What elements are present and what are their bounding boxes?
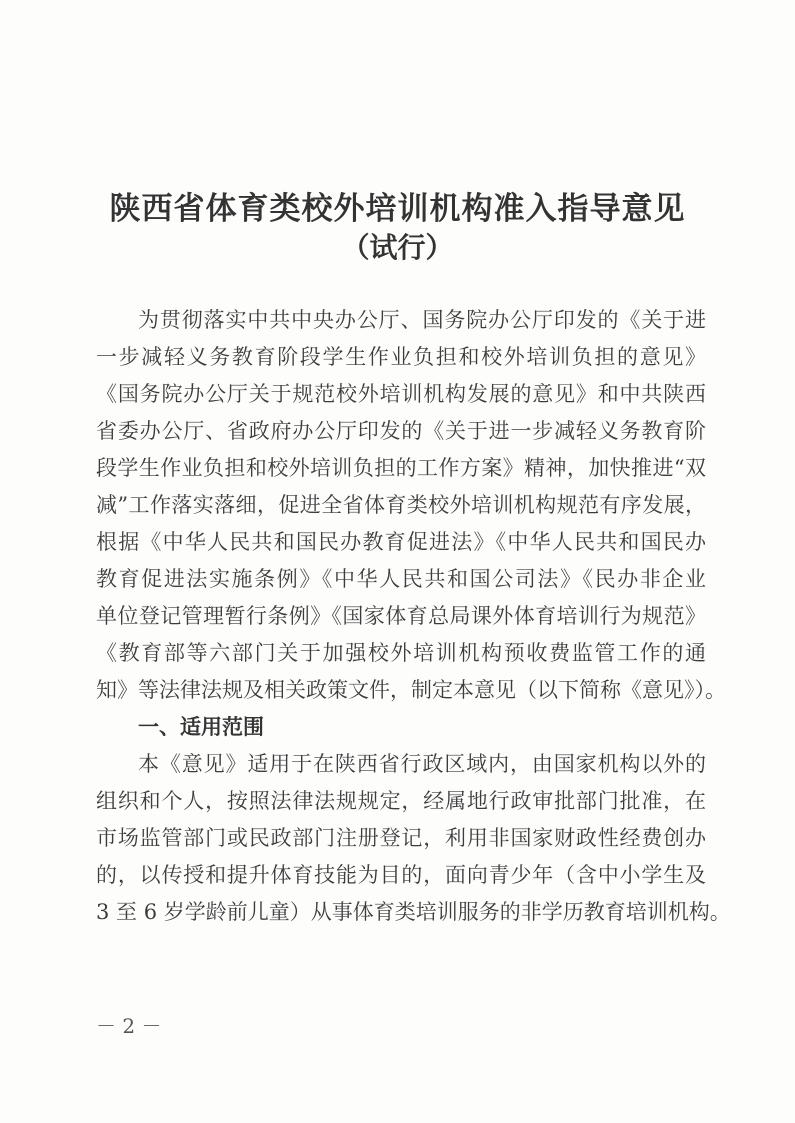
document-title: 陕西省体育类校外培训机构准入指导意见: [0, 183, 795, 228]
preamble-line: 为贯彻落实中共中央办公厅、国务院办公厅印发的《关于进: [138, 306, 706, 334]
section-line: 本《意见》适用于在陕西省行政区域内，由国家机构以外的: [138, 750, 706, 778]
section-line: 市场监管部门或民政部门注册登记，利用非国家财政性经费创办: [96, 824, 706, 852]
section-heading: 一、适用范围: [138, 713, 264, 741]
section-line: 3 至 6 岁学龄前儿童）从事体育类培训服务的非学历教育培训机构。: [96, 898, 706, 926]
preamble-line: 单位登记管理暂行条例》《国家体育总局课外体育培训行为规范》: [96, 602, 706, 630]
document-subtitle: （试行）: [0, 226, 795, 266]
section-line: 的，以传授和提升体育技能为目的，面向青少年（含中小学生及: [96, 861, 706, 889]
preamble-line: 《国务院办公厅关于规范校外培训机构发展的意见》和中共陕西: [96, 380, 706, 408]
preamble-line: 根据《中华人民共和国民办教育促进法》《中华人民共和国民办: [96, 528, 706, 556]
page-number: － 2 －: [96, 1010, 161, 1039]
preamble-line: 段学生作业负担和校外培训负担的工作方案》精神，加快推进“双: [96, 454, 706, 482]
preamble-line: 减”工作落实落细，促进全省体育类校外培训机构规范有序发展，: [96, 491, 706, 519]
preamble-line: 教育促进法实施条例》《中华人民共和国公司法》《民办非企业: [96, 565, 706, 593]
preamble-line: 《教育部等六部门关于加强校外培训机构预收费监管工作的通: [96, 639, 706, 667]
preamble-line: 知》等法律法规及相关政策文件，制定本意见（以下简称《意见》）。: [96, 676, 706, 704]
preamble-line: 省委办公厅、省政府办公厅印发的《关于进一步减轻义务教育阶: [96, 417, 706, 445]
preamble-line: 一步减轻义务教育阶段学生作业负担和校外培训负担的意见》: [96, 343, 706, 371]
section-line: 组织和个人，按照法律法规规定，经属地行政审批部门批准，在: [96, 787, 706, 815]
document-page: 陕西省体育类校外培训机构准入指导意见 （试行） 为贯彻落实中共中央办公厅、国务院…: [0, 0, 795, 1123]
